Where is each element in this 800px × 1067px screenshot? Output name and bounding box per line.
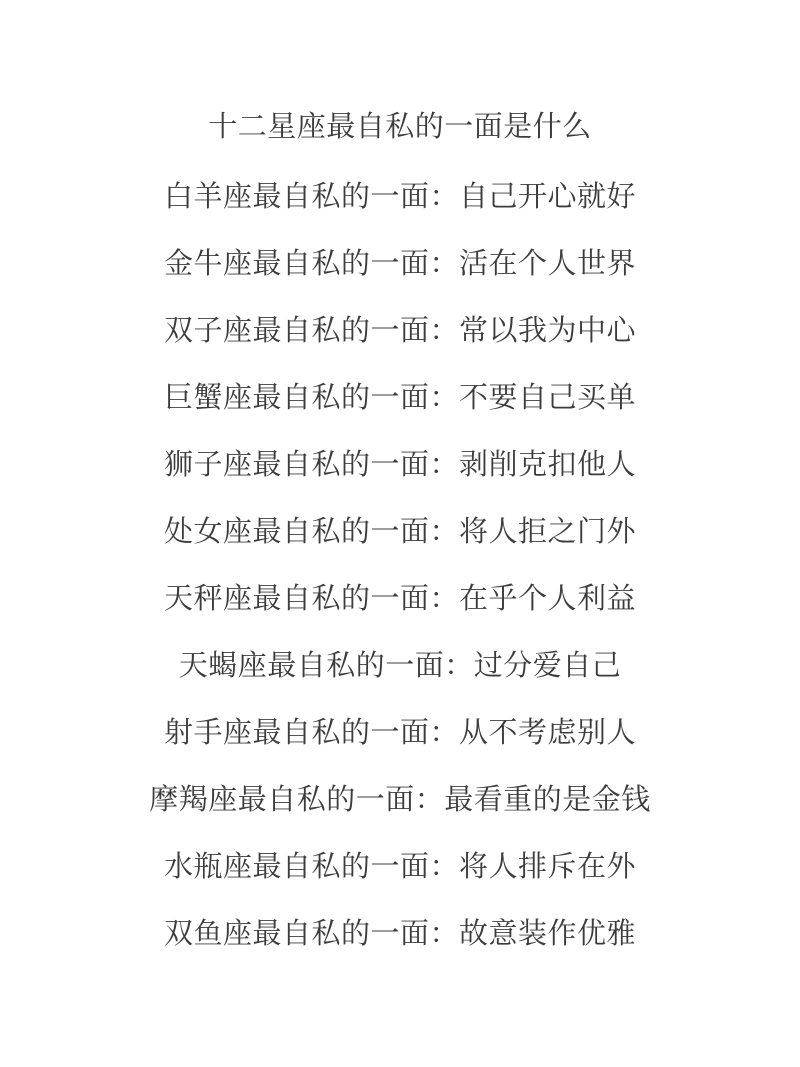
line-leo: 狮子座最自私的一面：剥削克扣他人 <box>0 450 800 480</box>
line-virgo: 处女座最自私的一面：将人拒之门外 <box>0 517 800 547</box>
line-scorpio: 天蝎座最自私的一面：过分爱自己 <box>0 651 800 681</box>
line-cancer: 巨蟹座最自私的一面：不要自己买单 <box>0 383 800 413</box>
line-pisces: 双鱼座最自私的一面：故意装作优雅 <box>0 919 800 949</box>
line-capricorn: 摩羯座最自私的一面：最看重的是金钱 <box>0 785 800 815</box>
line-sagittarius: 射手座最自私的一面：从不考虑别人 <box>0 718 800 748</box>
line-libra: 天秤座最自私的一面：在乎个人利益 <box>0 584 800 614</box>
page-title: 十二星座最自私的一面是什么 <box>0 112 800 142</box>
line-aquarius: 水瓶座最自私的一面：将人排斥在外 <box>0 852 800 882</box>
document-page: 十二星座最自私的一面是什么 白羊座最自私的一面：自己开心就好 金牛座最自私的一面… <box>0 0 800 1067</box>
line-gemini: 双子座最自私的一面：常以我为中心 <box>0 316 800 346</box>
line-aries: 白羊座最自私的一面：自己开心就好 <box>0 182 800 212</box>
line-taurus: 金牛座最自私的一面：活在个人世界 <box>0 249 800 279</box>
